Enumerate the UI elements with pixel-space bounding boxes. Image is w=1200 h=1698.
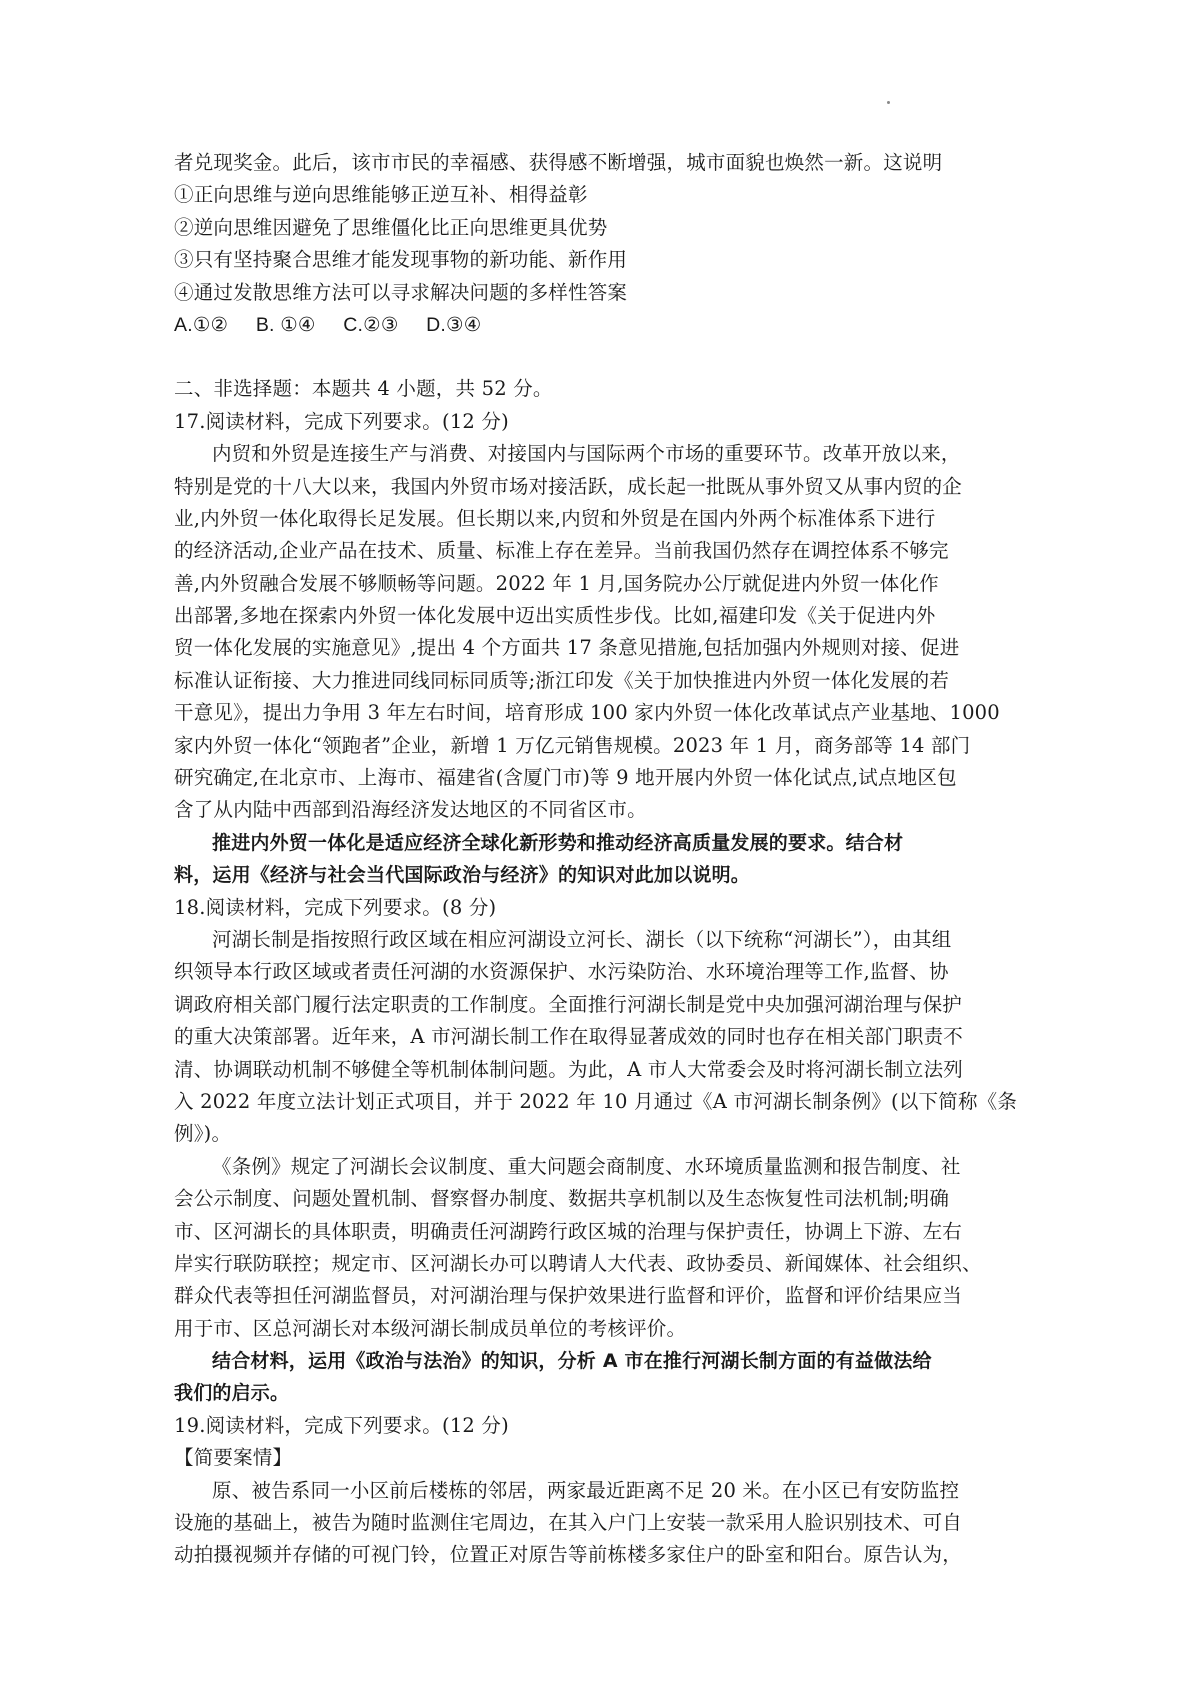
q17-material-line: 研究确定,在北京市、上海市、福建省(含厦门市)等 9 地开展内外贸一体化试点,试… bbox=[174, 762, 1054, 794]
q17-title: 17.阅读材料，完成下列要求。(12 分) bbox=[174, 406, 1054, 438]
q18-paragraph1-line: 调政府相关部门履行法定职责的工作制度。全面推行河湖长制是党中央加强河湖治理与保护 bbox=[174, 989, 1054, 1021]
question-19-block: 19.阅读材料，完成下列要求。(12 分) 【简要案情】 原、被告系同一小区前后… bbox=[174, 1410, 1054, 1572]
q18-paragraph1-line: 河湖长制是指按照行政区域在相应河湖设立河长、湖长（以下统称“河湖长”），由其组 bbox=[174, 924, 1054, 956]
q18-paragraph2-line: 市、区河湖长的具体职责，明确责任河湖跨行政区城的治理与保护责任，协调上下游、左右 bbox=[174, 1216, 1054, 1248]
question-16-block: 者兑现奖金。此后，该市市民的幸福感、获得感不断增强，城市面貌也焕然一新。这说明 … bbox=[174, 147, 1054, 341]
option-d: D.③④ bbox=[426, 314, 481, 336]
q18-paragraph2-line: 岸实行联防联控；规定市、区河湖长办可以聘请人大代表、政协委员、新闻媒体、社会组织… bbox=[174, 1248, 1054, 1280]
q19-title: 19.阅读材料，完成下列要求。(12 分) bbox=[174, 1410, 1054, 1442]
q16-statement-1: ①正向思维与逆向思维能够正逆互补、相得益彰 bbox=[174, 179, 1054, 211]
option-c: C.②③ bbox=[343, 314, 398, 336]
q17-material-line: 干意见》，提出力争用 3 年左右时间，培育形成 100 家内外贸一体化改革试点产… bbox=[174, 697, 1054, 729]
question-17-block: 17.阅读材料，完成下列要求。(12 分) 内贸和外贸是连接生产与消费、对接国内… bbox=[174, 406, 1054, 892]
q16-stem-continuation: 者兑现奖金。此后，该市市民的幸福感、获得感不断增强，城市面貌也焕然一新。这说明 bbox=[174, 147, 1054, 179]
q18-paragraph1-line: 例》)。 bbox=[174, 1118, 1054, 1150]
q19-case-line: 原、被告系同一小区前后楼栋的邻居，两家最近距离不足 20 米。在小区已有安防监控 bbox=[174, 1475, 1054, 1507]
page-content: 者兑现奖金。此后，该市市民的幸福感、获得感不断增强，城市面貌也焕然一新。这说明 … bbox=[174, 147, 1054, 1572]
option-b: B. ①④ bbox=[256, 314, 316, 336]
q18-title: 18.阅读材料，完成下列要求。(8 分) bbox=[174, 892, 1054, 924]
q18-paragraph1-line: 清、协调联动机制不够健全等机制体制问题。为此，A 市人大常委会及时将河湖长制立法… bbox=[174, 1054, 1054, 1086]
q17-material-line: 特别是党的十八大以来，我国内外贸市场对接活跃，成长起一批既从事外贸又从事内贸的企 bbox=[174, 471, 1054, 503]
question-18-block: 18.阅读材料，完成下列要求。(8 分) 河湖长制是指按照行政区域在相应河湖设立… bbox=[174, 892, 1054, 1410]
q17-material-line: 善,内外贸融合发展不够顺畅等问题。2022 年 1 月,国务院办公厅就促进内外贸… bbox=[174, 568, 1054, 600]
q17-requirement-line: 推进内外贸一体化是适应经济全球化新形势和推动经济高质量发展的要求。结合材 bbox=[174, 827, 1054, 859]
q17-material-line: 的经济活动,企业产品在技术、质量、标准上存在差异。当前我国仍然存在调控体系不够完 bbox=[174, 535, 1054, 567]
q17-material-line: 内贸和外贸是连接生产与消费、对接国内与国际两个市场的重要环节。改革开放以来， bbox=[174, 438, 1054, 470]
exam-page: 者兑现奖金。此后，该市市民的幸福感、获得感不断增强，城市面貌也焕然一新。这说明 … bbox=[0, 0, 1200, 1698]
q18-paragraph2-line: 《条例》规定了河湖长会议制度、重大问题会商制度、水环境质量监测和报告制度、社 bbox=[174, 1151, 1054, 1183]
q18-paragraph1-line: 的重大决策部署。近年来，A 市河湖长制工作在取得显著成效的同时也存在相关部门职责… bbox=[174, 1021, 1054, 1053]
q16-answer-options: A.①② B. ①④ C.②③ D.③④ bbox=[174, 309, 1054, 341]
q19-case-line: 设施的基础上，被告为随时监测住宅周边，在其入户门上安装一款采用人脸识别技术、可自 bbox=[174, 1507, 1054, 1539]
section-spacer bbox=[174, 341, 1054, 373]
q17-material-line: 家内外贸一体化“领跑者”企业，新增 1 万亿元销售规模。2023 年 1 月，商… bbox=[174, 730, 1054, 762]
q17-material-line: 出部署,多地在探索内外贸一体化发展中迈出实质性步伐。比如,福建印发《关于促进内外 bbox=[174, 600, 1054, 632]
q18-paragraph1-line: 入 2022 年度立法计划正式项目，并于 2022 年 10 月通过《A 市河湖… bbox=[174, 1086, 1054, 1118]
section-2-heading: 二、非选择题：本题共 4 小题，共 52 分。 bbox=[174, 373, 1054, 405]
q19-case-heading: 【简要案情】 bbox=[174, 1442, 1054, 1474]
q17-material-line: 标准认证衔接、大力推进同线同标同质等;浙江印发《关于加快推进内外贸一体化发展的若 bbox=[174, 665, 1054, 697]
q19-case-line: 动拍摄视频并存储的可视门铃，位置正对原告等前栋楼多家住户的卧室和阳台。原告认为， bbox=[174, 1539, 1054, 1571]
q17-material-line: 业,内外贸一体化取得长足发展。但长期以来,内贸和外贸是在国内外两个标准体系下进行 bbox=[174, 503, 1054, 535]
q17-material-line: 含了从内陆中西部到沿海经济发达地区的不同省区市。 bbox=[174, 794, 1054, 826]
q16-statement-3: ③只有坚持聚合思维才能发现事物的新功能、新作用 bbox=[174, 244, 1054, 276]
q17-material-line: 贸一体化发展的实施意见》,提出 4 个方面共 17 条意见措施,包括加强内外规则… bbox=[174, 632, 1054, 664]
page-marker-dot bbox=[887, 101, 890, 104]
q18-requirement-line: 我们的启示。 bbox=[174, 1377, 1054, 1409]
option-a: A.①② bbox=[174, 314, 228, 336]
q16-statement-2: ②逆向思维因避免了思维僵化比正向思维更具优势 bbox=[174, 212, 1054, 244]
q16-statement-4: ④通过发散思维方法可以寻求解决问题的多样性答案 bbox=[174, 277, 1054, 309]
q18-paragraph2-line: 会公示制度、问题处置机制、督察督办制度、数据共享机制以及生态恢复性司法机制;明确 bbox=[174, 1183, 1054, 1215]
q18-paragraph2-line: 用于市、区总河湖长对本级河湖长制成员单位的考核评价。 bbox=[174, 1313, 1054, 1345]
q17-requirement-line: 料，运用《经济与社会当代国际政治与经济》的知识对此加以说明。 bbox=[174, 859, 1054, 891]
q18-requirement-line: 结合材料，运用《政治与法治》的知识，分析 A 市在推行河湖长制方面的有益做法给 bbox=[174, 1345, 1054, 1377]
q18-paragraph1-line: 织领导本行政区域或者责任河湖的水资源保护、水污染防治、水环境治理等工作,监督、协 bbox=[174, 956, 1054, 988]
q18-paragraph2-line: 群众代表等担任河湖监督员，对河湖治理与保护效果进行监督和评价，监督和评价结果应当 bbox=[174, 1280, 1054, 1312]
